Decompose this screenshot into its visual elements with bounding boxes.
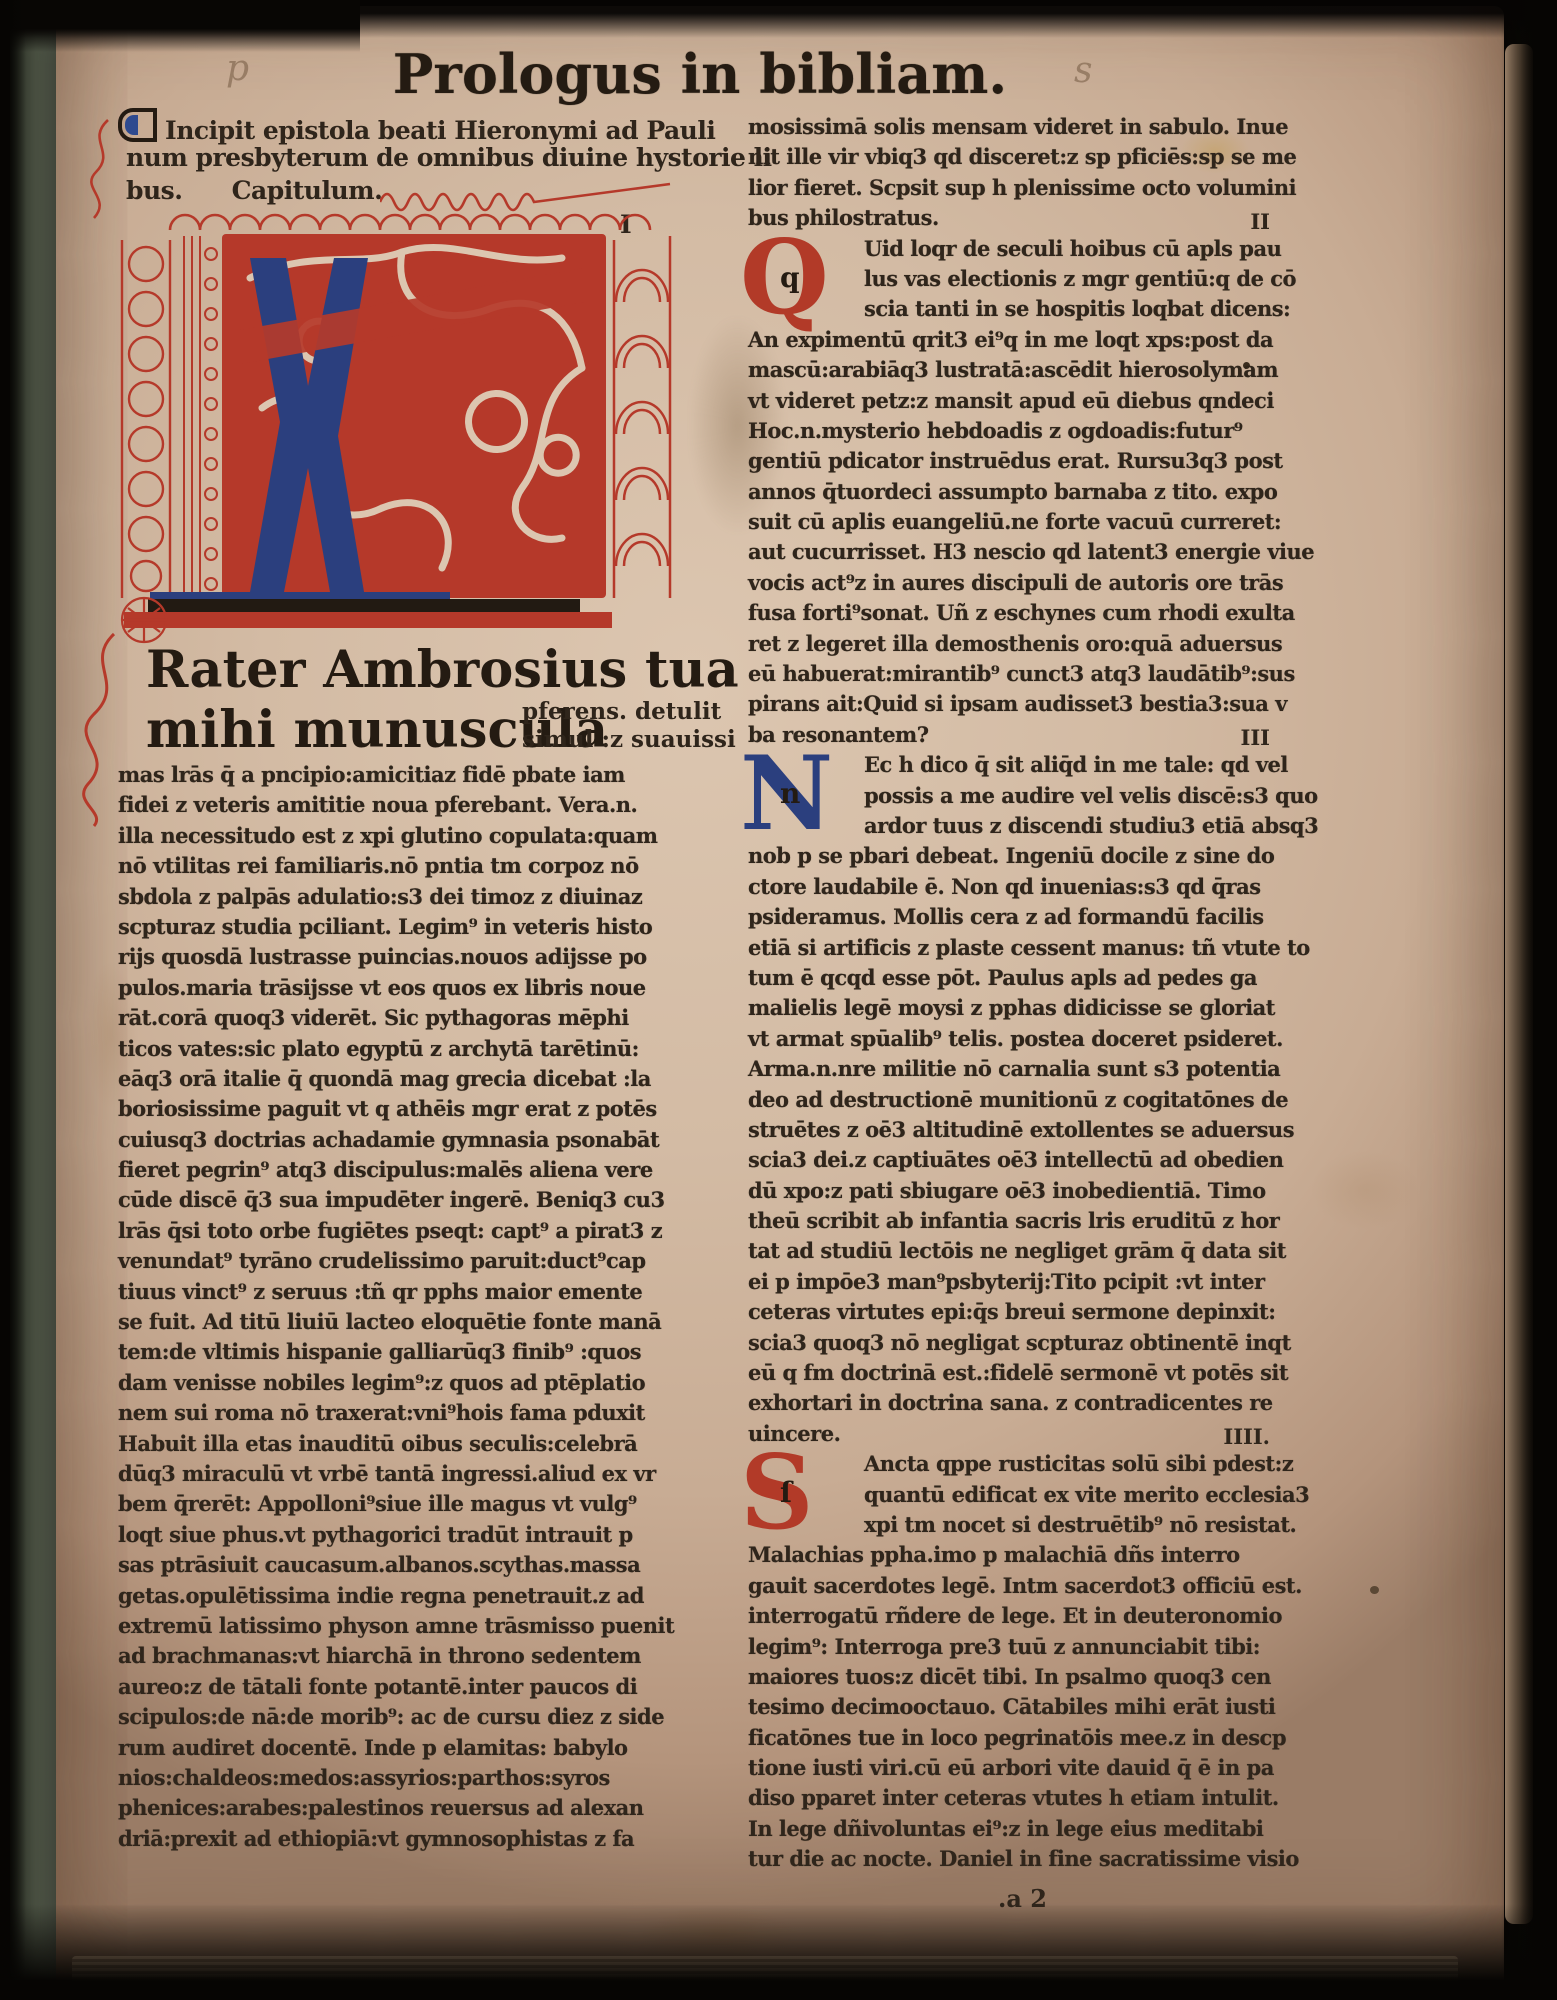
text-block: S ſ Ancta qppe rusticitas solū sibi pdes… xyxy=(748,1449,1272,1874)
text-line: vt armat spūalib⁹ telis. postea doceret … xyxy=(748,1024,1272,1054)
text-line: malielis legē moysi z pphas didicisse se… xyxy=(748,993,1272,1023)
text-line: vt videret petz:z mansit apud eū diebus … xyxy=(748,386,1272,416)
text-line: nem sui roma nō traxerat:vni⁹hois fama p… xyxy=(118,1398,684,1428)
text-line: maiores tuos:z dicēt tibi. In psalmo quo… xyxy=(748,1662,1272,1692)
text-line: eū habuerat:mirantib⁹ cunct3 atq3 laudāt… xyxy=(748,659,1272,689)
marginalia-mark-right: s xyxy=(1074,50,1092,91)
text-line: fusa forti⁹sonat. Uñ z eschynes cum rhod… xyxy=(748,598,1272,628)
text-line: rāt.corā quoq3 viderēt. Sic pythagoras m… xyxy=(118,1003,684,1033)
incipit-line: num presbyterum de omnibus diuine hystor… xyxy=(118,141,696,174)
text-line: lrās q̄si toto orbe fugiētes pseqt: capt… xyxy=(118,1216,684,1246)
text-line: tesimo decimooctauo. Cātabiles mihi erāt… xyxy=(748,1692,1272,1722)
text-line: phenices:arabes:palestinos reuersus ad a… xyxy=(118,1793,684,1823)
block-lines: Malachias ppha.imo p malachiā dñs interr… xyxy=(748,1540,1272,1874)
base-bar-red xyxy=(124,612,612,628)
text-line: interrogatū rñdere de lege. Et in deuter… xyxy=(748,1601,1272,1631)
text-line: rum audiret docentē. Inde p elamitas: ba… xyxy=(118,1733,684,1763)
block-lines: mosissimā solis mensam videret in sabulo… xyxy=(748,112,1272,234)
shadow-left xyxy=(0,0,26,2000)
opening-inset-lines: pferens. detulit simul :z suauissi xyxy=(522,698,736,754)
page-content: Prologus in bibliam. p s Incipit epistol… xyxy=(0,0,1557,2000)
text-line: dam venisse nobiles legim⁹:z quos ad ptē… xyxy=(118,1368,684,1398)
text-block: Q q Uid loqr de seculi hoibus cū apls pa… xyxy=(748,234,1272,751)
text-line: annos q̄tuordeci assumpto barnaba z tito… xyxy=(748,477,1272,507)
text-line: lus vas electionis z mgr gentiū:q de cō xyxy=(864,264,1272,294)
lombard-initial-S: S ſ xyxy=(740,1449,852,1541)
text-line: sas ptrāsiuit caucasum.albanos.scythas.m… xyxy=(118,1550,684,1580)
text-line: quantū edificat ex vite merito ecclesia3 xyxy=(864,1480,1272,1510)
text-line: ret z legeret illa demosthenis oro:quā a… xyxy=(748,629,1272,659)
text-line: Arma.n.nre militie nō carnalia sunt s3 p… xyxy=(748,1054,1272,1084)
opening-line-large: Rater Ambrosius tua xyxy=(146,640,739,700)
text-line: scpturaz studia pciliant. Legim⁹ in vete… xyxy=(118,912,684,942)
opening-inset-line: pferens. detulit xyxy=(522,698,736,726)
guide-letter: ſ xyxy=(780,1479,792,1507)
text-line: bem q̄rerēt: Appolloni⁹siue ille magus v… xyxy=(118,1489,684,1519)
guide-letter: n xyxy=(780,780,800,808)
base-bar-black xyxy=(148,599,580,612)
text-line: theū scribit ab infantia sacris lris eru… xyxy=(748,1206,1272,1236)
text-line: xpi tm nocet si destruētib⁹ nō resistat. xyxy=(864,1510,1272,1540)
text-line: sbdola z palpās adulatio:s3 dei timoz z … xyxy=(118,882,684,912)
pillar-lines xyxy=(184,236,217,604)
text-line: tem:de vltimis hispanie galliarūq3 finib… xyxy=(118,1337,684,1367)
text-line: aureo:z de tātali fonte potantē.inter pa… xyxy=(118,1672,684,1702)
text-line: illa necessitudo est z xpi glutino copul… xyxy=(118,821,684,851)
left-arch-border xyxy=(122,240,170,598)
text-line: ei p impōe3 man⁹psbyterij:Tito pcipit :v… xyxy=(748,1267,1272,1297)
text-line: ctore laudabile ē. Non qd inuenias:s3 qd… xyxy=(748,872,1272,902)
left-column: mas lrās q̄ a pncipio:amicitiaz fidē pba… xyxy=(118,760,684,1854)
text-line: pirans ait:Quid si ipsam audisset3 besti… xyxy=(748,689,1272,719)
chapter-numeral: II xyxy=(1250,209,1270,234)
text-line: exhortari in doctrina sana. z contradice… xyxy=(748,1388,1272,1418)
text-line: se fuit. Ad titū liuiū lacteo eloquētie … xyxy=(118,1307,684,1337)
text-line: tione iusti viri.cū eū arbori vite dauid… xyxy=(748,1753,1272,1783)
text-line: rijs quosdā lustrasse puincias.nouos adi… xyxy=(118,942,684,972)
text-line: pulos.maria trāsijsse vt eos quos ex lib… xyxy=(118,973,684,1003)
lombard-initial-Q: Q q xyxy=(740,234,852,326)
lombard-initial-N: N n xyxy=(740,750,852,842)
scallop-border xyxy=(170,215,650,230)
text-line: driā:prexit ad ethiopiā:vt gymnosophista… xyxy=(118,1824,684,1854)
text-line: cuiusq3 doctrias achadamie gymnasia pson… xyxy=(118,1125,684,1155)
text-line: gauit sacerdotes legē. Intm sacerdot3 of… xyxy=(748,1571,1272,1601)
right-arch-border xyxy=(614,236,670,598)
marginalia-mark-left: p xyxy=(226,48,249,89)
text-line: ceteras virtutes epi:q̄s breui sermone d… xyxy=(748,1297,1272,1327)
opening-inset-line: simul :z suauissi xyxy=(522,726,736,754)
text-line: scipulos:de nā:de morib⁹: ac de cursu di… xyxy=(118,1702,684,1732)
text-line: getas.opulētissima indie regna penetraui… xyxy=(118,1581,684,1611)
text-line: Ancta qppe rusticitas solū sibi pdest:z xyxy=(864,1449,1272,1479)
text-line: ad brachmanas:vt hiarchā in throno seden… xyxy=(118,1641,684,1671)
text-block: mosissimā solis mensam videret in sabulo… xyxy=(748,112,1272,234)
text-line: lior fieret. Scpsit sup h plenissime oct… xyxy=(748,173,1272,203)
text-line: dū xpo:z pati sbiugare oē3 inobedientiā.… xyxy=(748,1176,1272,1206)
text-line: struētes z oē3 altitudinē extollentes se… xyxy=(748,1115,1272,1145)
shadow-corner xyxy=(0,0,360,52)
text-line: gentiū pdicator instruēdus erat. Rursu3q… xyxy=(748,446,1272,476)
text-line: scia tanti in se hospitis loqbat dicens: xyxy=(864,294,1272,324)
shadow-right xyxy=(1501,0,1557,2000)
text-line: extremū latissimo physon amne trāsmisso … xyxy=(118,1611,684,1641)
text-line: mascū:arabiāq3 lustratā:ascēdit hierosol… xyxy=(748,355,1272,385)
text-line: venundat⁹ tyrāno crudelissimo paruit:duc… xyxy=(118,1246,684,1276)
text-line: Hoc.n.mysterio hebdoadis z ogdoadis:futu… xyxy=(748,416,1272,446)
base-bar-blue xyxy=(150,592,450,599)
text-line: boriosissime paguit vt q athēis mgr erat… xyxy=(118,1094,684,1124)
text-line: aut cucurrisset. H3 nescio qd latent3 en… xyxy=(748,537,1272,567)
text-line: scia3 dei.z captiuātes oē3 intellectū ad… xyxy=(748,1145,1272,1175)
text-line: fieret pegrin⁹ atq3 discipulus:malēs ali… xyxy=(118,1155,684,1185)
text-line: vocis act⁹z in aures discipuli de autori… xyxy=(748,568,1272,598)
text-line: nios:chaldeos:medos:assyrios:parthos:syr… xyxy=(118,1763,684,1793)
text-line: suit cū aplis euangeliū.ne forte vacuū c… xyxy=(748,507,1272,537)
text-line: Uid loqr de seculi hoibus cū apls pau xyxy=(864,234,1272,264)
guide-letter: q xyxy=(780,264,800,292)
text-line: etiā si artificis z plaste cessent manus… xyxy=(748,933,1272,963)
text-line: nit ille vir vbiq3 qd disceret:z sp pfic… xyxy=(748,142,1272,172)
text-line: mas lrās q̄ a pncipio:amicitiaz fidē pba… xyxy=(118,760,684,790)
text-line: In lege dñivoluntas ei⁹:z in lege eius m… xyxy=(748,1814,1272,1844)
woodcut-initial-F xyxy=(100,206,690,644)
block-lines: An expimentū qrit3 ei⁹q in me loqt xps:p… xyxy=(748,325,1272,750)
text-line: Habuit illa etas inauditū oibus seculis:… xyxy=(118,1429,684,1459)
text-line: fidei z veteris amititie noua pferebant.… xyxy=(118,790,684,820)
text-line: tiuus vinct⁹ z seruus :tñ qr pphs maior … xyxy=(118,1277,684,1307)
incipit-line: bus. Capitulum. xyxy=(118,174,696,207)
text-line: legim⁹: Interroga pre3 tuū z annunciabit… xyxy=(748,1632,1272,1662)
text-line: nō vtilitas rei familiaris.nō pntia tm c… xyxy=(118,851,684,881)
text-line: ticos vates:sic plato egyptū z archytā t… xyxy=(118,1034,684,1064)
text-line: possis a me audire vel velis discē:s3 qu… xyxy=(864,781,1272,811)
photo-stage: Prologus in bibliam. p s Incipit epistol… xyxy=(0,0,1557,2000)
chapter-numeral: III xyxy=(1241,725,1270,750)
text-line: mosissimā solis mensam videret in sabulo… xyxy=(748,112,1272,142)
incipit-line: Incipit epistola beati Hieronymi ad Paul… xyxy=(118,108,696,141)
text-line: dūq3 miraculū vt vrbē tantā ingressi.ali… xyxy=(118,1459,684,1489)
chapter-numeral: IIII. xyxy=(1223,1424,1270,1449)
text-line: ficatōnes tue in loco pegrinatōis mee.z … xyxy=(748,1723,1272,1753)
text-line: eāq3 orā italie q̄ quondā mag grecia dic… xyxy=(118,1064,684,1094)
right-column: mosissimā solis mensam videret in sabulo… xyxy=(748,112,1272,1875)
text-line: diso pparet inter ceteras vtutes h etiam… xyxy=(748,1783,1272,1813)
text-line: scia3 quoq3 nō negligat scpturaz obtinen… xyxy=(748,1328,1272,1358)
incipit-block: Incipit epistola beati Hieronymi ad Paul… xyxy=(118,108,696,207)
text-line: psideramus. Mollis cera z ad formandū fa… xyxy=(748,902,1272,932)
text-line: deo ad destructionē munitionū z cogitatō… xyxy=(748,1085,1272,1115)
text-line: loqt siue phus.vt pythagorici tradūt int… xyxy=(118,1520,684,1550)
text-line: eū q fm doctrinā est.:fidelē sermonē vt … xyxy=(748,1358,1272,1388)
text-line: tum ē qcqd esse pōt. Paulus apls ad pede… xyxy=(748,963,1272,993)
text-line: tur die ac nocte. Daniel in fine sacrati… xyxy=(748,1844,1272,1874)
hatched-ball-ornament xyxy=(122,598,166,642)
text-line: cūde discē q̄3 sua impudēter ingerē. Ben… xyxy=(118,1185,684,1215)
text-block: N n Ec h dico q̄ sit aliq̄d in me tale: … xyxy=(748,750,1272,1449)
text-line: ardor tuus z discendi studiu3 etiā absq3 xyxy=(864,811,1272,841)
shadow-bottom xyxy=(0,1904,1557,2000)
text-line: Malachias ppha.imo p malachiā dñs interr… xyxy=(748,1540,1272,1570)
paragraph-mark-icon xyxy=(118,108,156,142)
text-line: uincere. xyxy=(748,1419,1272,1449)
text-line: tat ad studiū lectōis ne negliget grām q… xyxy=(748,1236,1272,1266)
block-lines: nob p se pbari debeat. Ingeniū docile z … xyxy=(748,841,1272,1449)
text-line: Ec h dico q̄ sit aliq̄d in me tale: qd v… xyxy=(864,750,1272,780)
